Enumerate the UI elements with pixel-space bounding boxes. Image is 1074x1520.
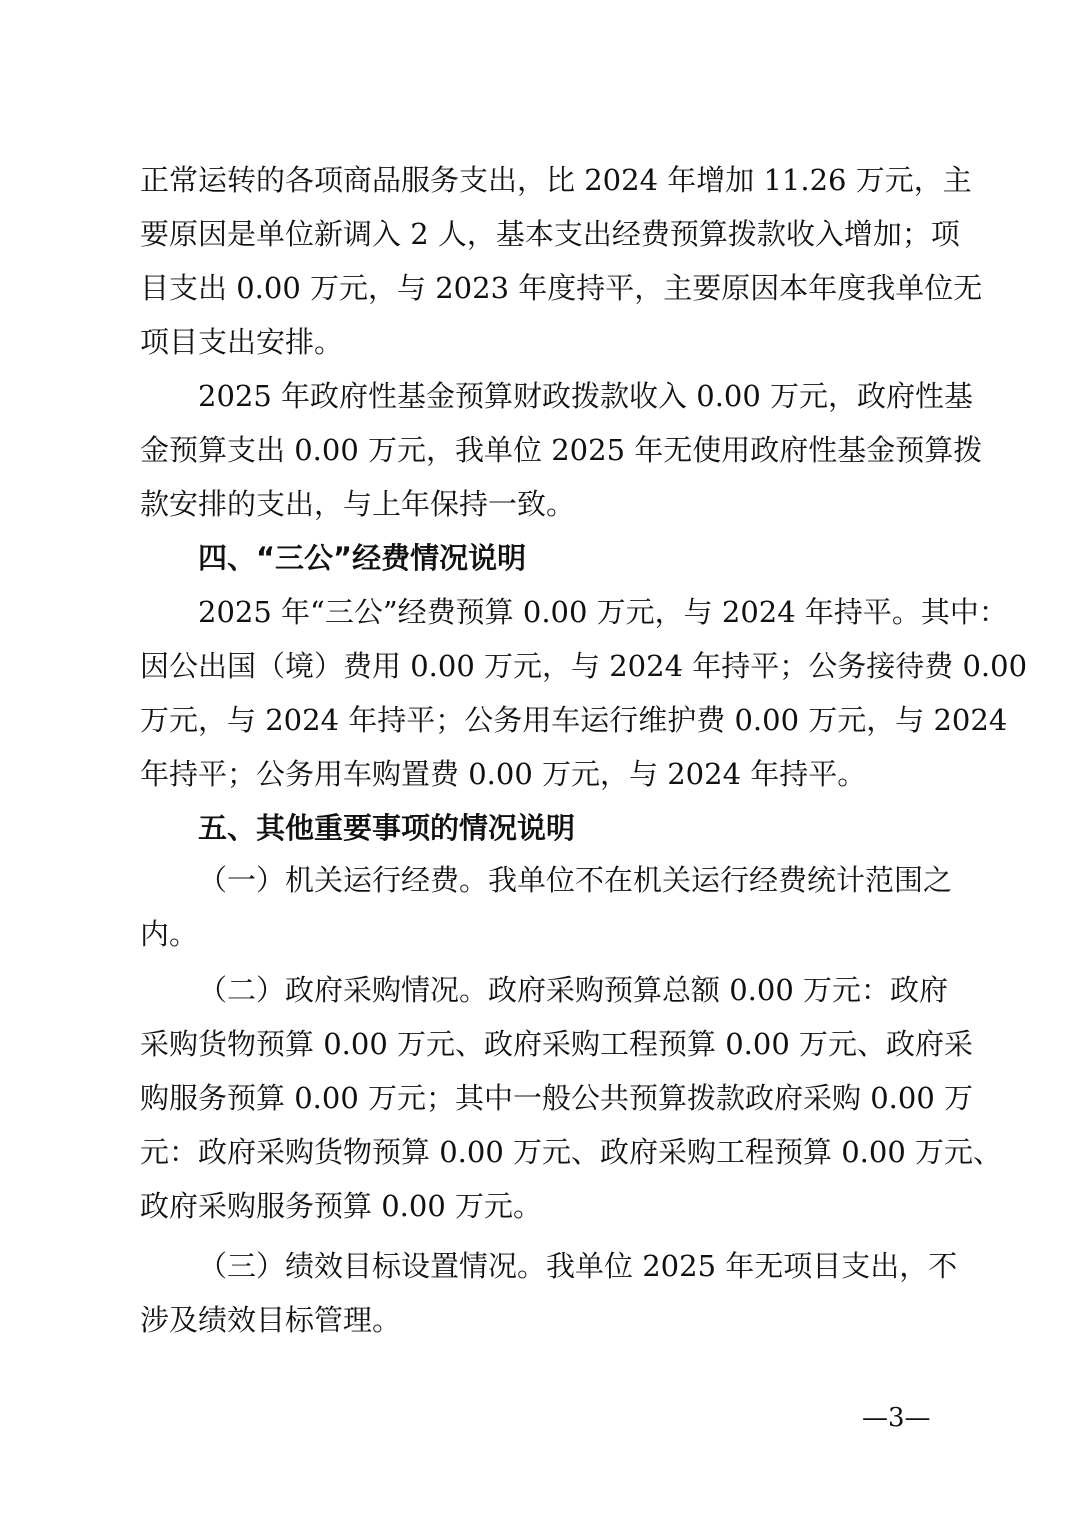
paragraph-line: 款安排的支出，与上年保持一致。 — [140, 486, 936, 522]
paragraph-line: 万元，与 2024 年持平；公务用车运行维护费 0.00 万元，与 2024 — [140, 702, 936, 738]
section-heading-five: 五、其他重要事项的情况说明 — [198, 810, 575, 846]
paragraph-line: （一）机关运行经费。我单位不在机关运行经费统计范围之 — [198, 862, 936, 898]
paragraph-line: 年持平；公务用车购置费 0.00 万元，与 2024 年持平。 — [140, 756, 936, 792]
paragraph-line: 采购货物预算 0.00 万元、政府采购工程预算 0.00 万元、政府采 — [140, 1026, 936, 1062]
paragraph-line: 元：政府采购货物预算 0.00 万元、政府采购工程预算 0.00 万元、 — [140, 1134, 936, 1170]
paragraph-line: 金预算支出 0.00 万元，我单位 2025 年无使用政府性基金预算拨 — [140, 432, 936, 468]
paragraph-line: 要原因是单位新调入 2 人，基本支出经费预算拨款收入增加；项 — [140, 216, 936, 252]
section-heading-four: 四、“三公”经费情况说明 — [198, 540, 526, 576]
paragraph-line: 目支出 0.00 万元，与 2023 年度持平，主要原因本年度我单位无 — [140, 270, 936, 306]
paragraph-line: 政府采购服务预算 0.00 万元。 — [140, 1188, 936, 1224]
page-number: —3— — [862, 1400, 931, 1436]
paragraph-line: 购服务预算 0.00 万元；其中一般公共预算拨款政府采购 0.00 万 — [140, 1080, 936, 1116]
paragraph-line: 2025 年“三公”经费预算 0.00 万元，与 2024 年持平。其中： — [198, 594, 936, 630]
paragraph-line: （三）绩效目标设置情况。我单位 2025 年无项目支出，不 — [198, 1248, 936, 1284]
paragraph-line: 项目支出安排。 — [140, 324, 936, 360]
paragraph-line: 内。 — [140, 916, 936, 952]
document-page: 正常运转的各项商品服务支出，比 2024 年增加 11.26 万元，主 要原因是… — [0, 0, 1074, 1520]
paragraph-line: 因公出国（境）费用 0.00 万元，与 2024 年持平；公务接待费 0.00 — [140, 648, 936, 684]
paragraph-line: 2025 年政府性基金预算财政拨款收入 0.00 万元，政府性基 — [198, 378, 936, 414]
paragraph-line: （二）政府采购情况。政府采购预算总额 0.00 万元：政府 — [198, 972, 936, 1008]
paragraph-line: 涉及绩效目标管理。 — [140, 1302, 936, 1338]
paragraph-line: 正常运转的各项商品服务支出，比 2024 年增加 11.26 万元，主 — [140, 162, 936, 198]
